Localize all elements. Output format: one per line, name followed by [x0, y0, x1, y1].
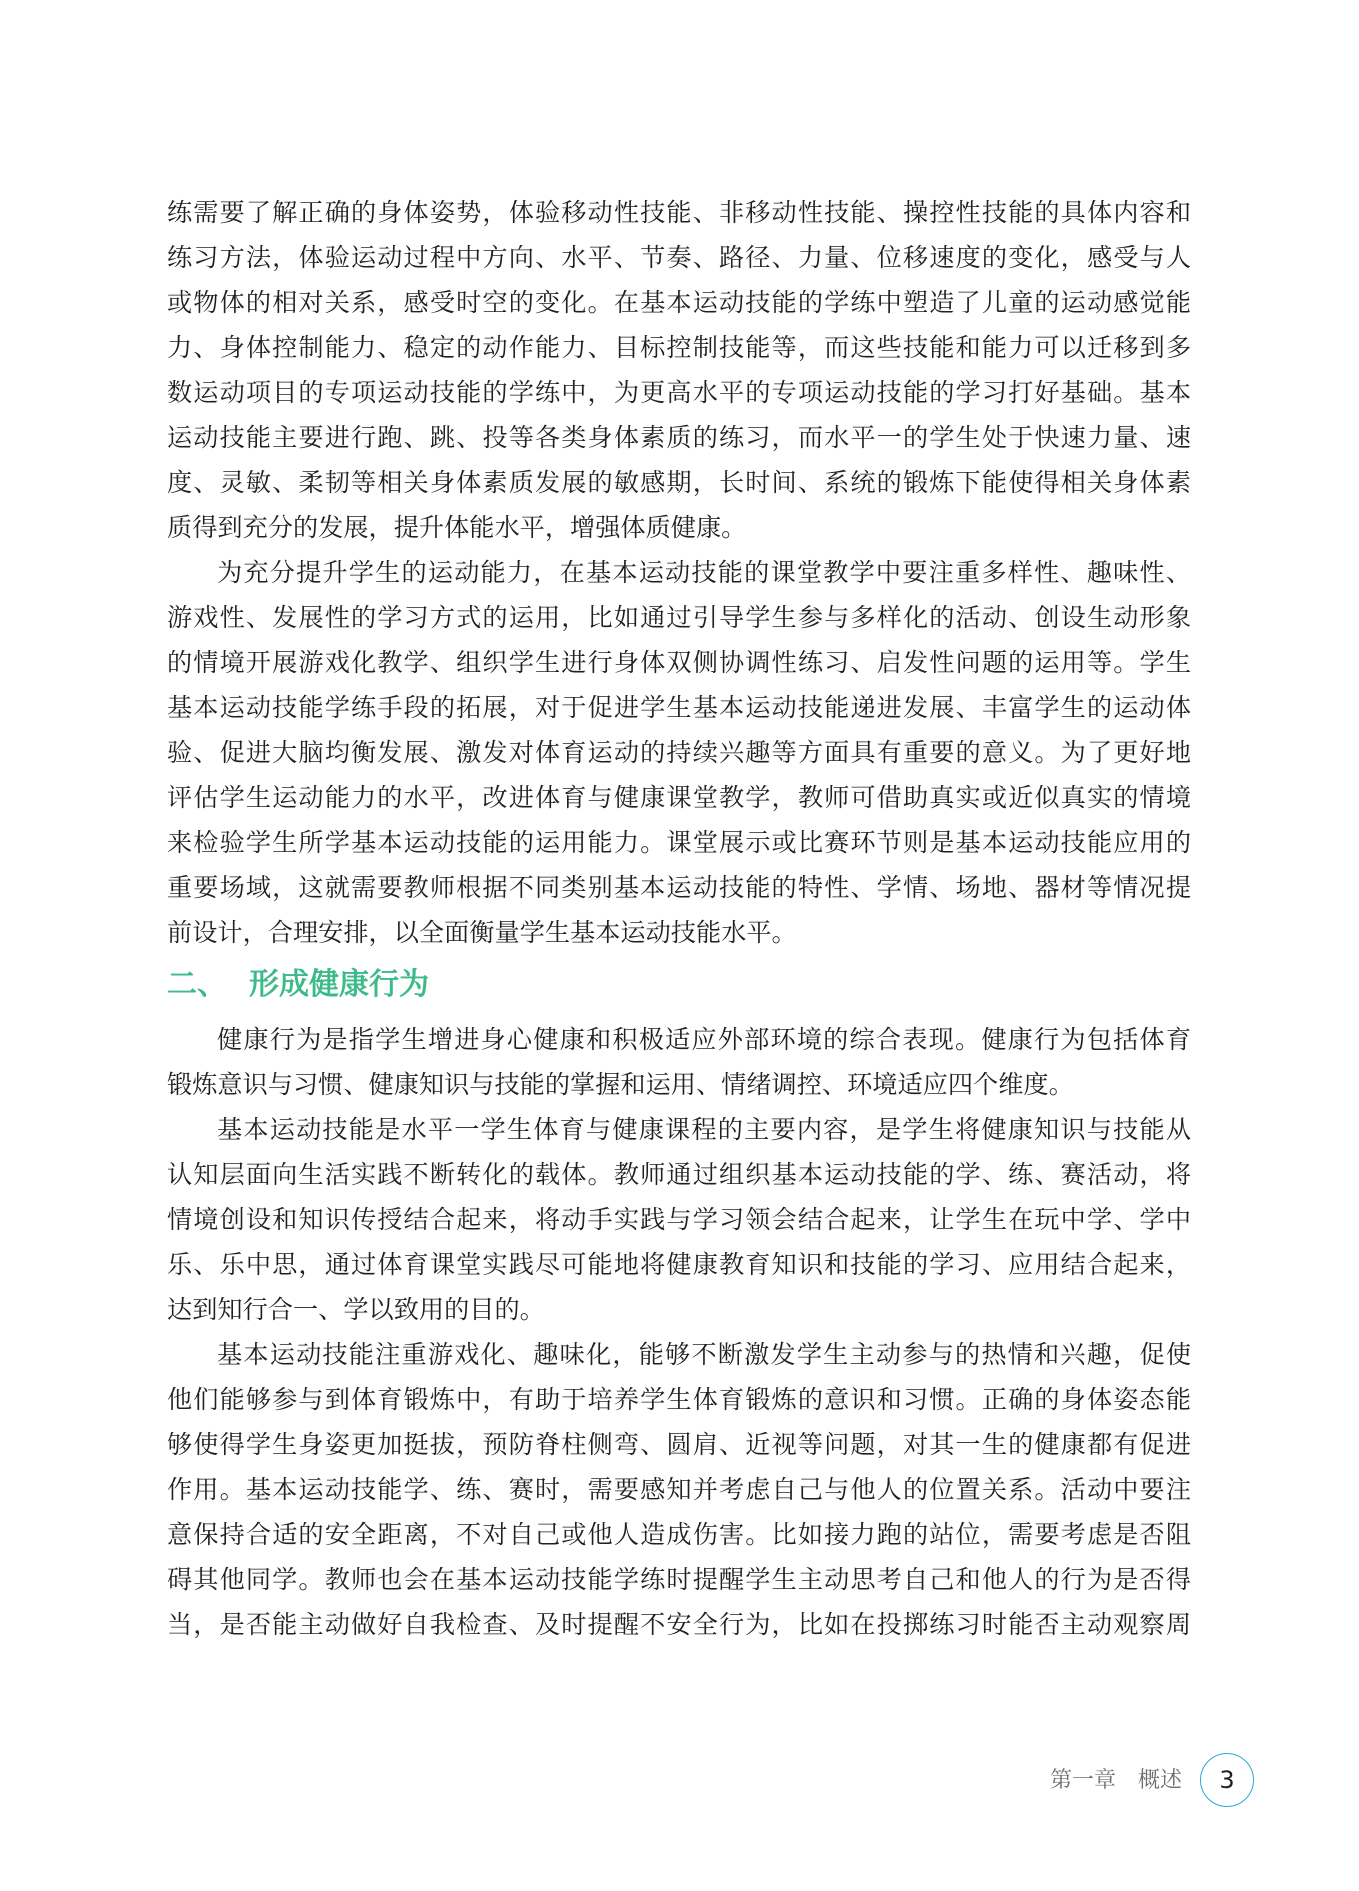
page-footer: 第一章 概述 3: [1050, 1750, 1254, 1810]
text-line: 的情境开展游戏化教学、组织学生进行身体双侧协调性练习、启发性问题的运用等。学生: [167, 640, 1191, 685]
text-line: 游戏性、发展性的学习方式的运用，比如通过引导学生参与多样化的活动、创设生动形象: [167, 595, 1191, 640]
text-line: 验、促进大脑均衡发展、激发对体育运动的持续兴趣等方面具有重要的意义。为了更好地: [167, 730, 1191, 775]
paragraph-health-behavior-definition: 健康行为是指学生增进身心健康和积极适应外部环境的综合表现。健康行为包括体育 锻炼…: [167, 1017, 1191, 1107]
text-line: 评估学生运动能力的水平，改进体育与健康课堂教学，教师可借助真实或近似真实的情境: [167, 775, 1191, 820]
paragraph-gamification-safety: 基本运动技能注重游戏化、趣味化，能够不断激发学生主动参与的热情和兴趣，促使 他们…: [167, 1332, 1191, 1647]
text-line: 情境创设和知识传授结合起来，将动手实践与学习领会结合起来，让学生在玩中学、学中: [167, 1197, 1191, 1242]
page-content: 练需要了解正确的身体姿势，体验移动性技能、非移动性技能、操控性技能的具体内容和 …: [167, 190, 1191, 1647]
text-line: 健康行为是指学生增进身心健康和积极适应外部环境的综合表现。健康行为包括体育: [167, 1017, 1191, 1062]
section-number: 二、: [167, 957, 249, 1013]
text-line: 重要场域，这就需要教师根据不同类别基本运动技能的特性、学情、场地、器材等情况提: [167, 865, 1191, 910]
text-line: 练习方法，体验运动过程中方向、水平、节奏、路径、力量、位移速度的变化，感受与人: [167, 235, 1191, 280]
text-line: 乐、乐中思，通过体育课堂实践尽可能地将健康教育知识和技能的学习、应用结合起来，: [167, 1242, 1191, 1287]
paragraph-continued: 练需要了解正确的身体姿势，体验移动性技能、非移动性技能、操控性技能的具体内容和 …: [167, 190, 1191, 550]
text-line: 他们能够参与到体育锻炼中，有助于培养学生体育锻炼的意识和习惯。正确的身体姿态能: [167, 1377, 1191, 1422]
document-page: 练需要了解正确的身体姿势，体验移动性技能、非移动性技能、操控性技能的具体内容和 …: [0, 0, 1359, 1891]
chapter-label: 第一章 概述: [1050, 1763, 1182, 1794]
text-line: 碍其他同学。教师也会在基本运动技能学练时提醒学生主动思考自己和他人的行为是否得: [167, 1557, 1191, 1602]
text-line: 前设计，合理安排，以全面衡量学生基本运动技能水平。: [167, 910, 1191, 955]
text-line: 锻炼意识与习惯、健康知识与技能的掌握和运用、情绪调控、环境适应四个维度。: [167, 1062, 1191, 1107]
text-line: 数运动项目的专项运动技能的学练中，为更高水平的专项运动技能的学习打好基础。基本: [167, 370, 1191, 415]
page-number-badge: 3: [1200, 1753, 1254, 1807]
text-line: 基本运动技能注重游戏化、趣味化，能够不断激发学生主动参与的热情和兴趣，促使: [167, 1332, 1191, 1377]
section-heading: 二、形成健康行为: [167, 957, 1191, 1013]
paragraph-basic-skills-carrier: 基本运动技能是水平一学生体育与健康课程的主要内容，是学生将健康知识与技能从 认知…: [167, 1107, 1191, 1332]
text-line: 意保持合适的安全距离，不对自己或他人造成伤害。比如接力跑的站位，需要考虑是否阻: [167, 1512, 1191, 1557]
text-line: 认知层面向生活实践不断转化的载体。教师通过组织基本运动技能的学、练、赛活动，将: [167, 1152, 1191, 1197]
text-line: 基本运动技能学练手段的拓展，对于促进学生基本运动技能递进发展、丰富学生的运动体: [167, 685, 1191, 730]
text-line: 基本运动技能是水平一学生体育与健康课程的主要内容，是学生将健康知识与技能从: [167, 1107, 1191, 1152]
text-line: 力、身体控制能力、稳定的动作能力、目标控制技能等，而这些技能和能力可以迁移到多: [167, 325, 1191, 370]
text-line: 度、灵敏、柔韧等相关身体素质发展的敏感期，长时间、系统的锻炼下能使得相关身体素: [167, 460, 1191, 505]
text-line: 来检验学生所学基本运动技能的运用能力。课堂展示或比赛环节则是基本运动技能应用的: [167, 820, 1191, 865]
text-line: 作用。基本运动技能学、练、赛时，需要感知并考虑自己与他人的位置关系。活动中要注: [167, 1467, 1191, 1512]
section-title: 形成健康行为: [249, 967, 429, 1002]
text-line: 达到知行合一、学以致用的目的。: [167, 1287, 1191, 1332]
text-line: 运动技能主要进行跑、跳、投等各类身体素质的练习，而水平一的学生处于快速力量、速: [167, 415, 1191, 460]
text-line: 质得到充分的发展，提升体能水平，增强体质健康。: [167, 505, 1191, 550]
text-line: 为充分提升学生的运动能力，在基本运动技能的课堂教学中要注重多样性、趣味性、: [167, 550, 1191, 595]
text-line: 练需要了解正确的身体姿势，体验移动性技能、非移动性技能、操控性技能的具体内容和: [167, 190, 1191, 235]
text-line: 够使得学生身姿更加挺拔，预防脊柱侧弯、圆肩、近视等问题，对其一生的健康都有促进: [167, 1422, 1191, 1467]
page-number: 3: [1219, 1766, 1234, 1794]
text-line: 当，是否能主动做好自我检查、及时提醒不安全行为，比如在投掷练习时能否主动观察周: [167, 1602, 1191, 1647]
paragraph-motor-ability: 为充分提升学生的运动能力，在基本运动技能的课堂教学中要注重多样性、趣味性、 游戏…: [167, 550, 1191, 955]
text-line: 或物体的相对关系，感受时空的变化。在基本运动技能的学练中塑造了儿童的运动感觉能: [167, 280, 1191, 325]
